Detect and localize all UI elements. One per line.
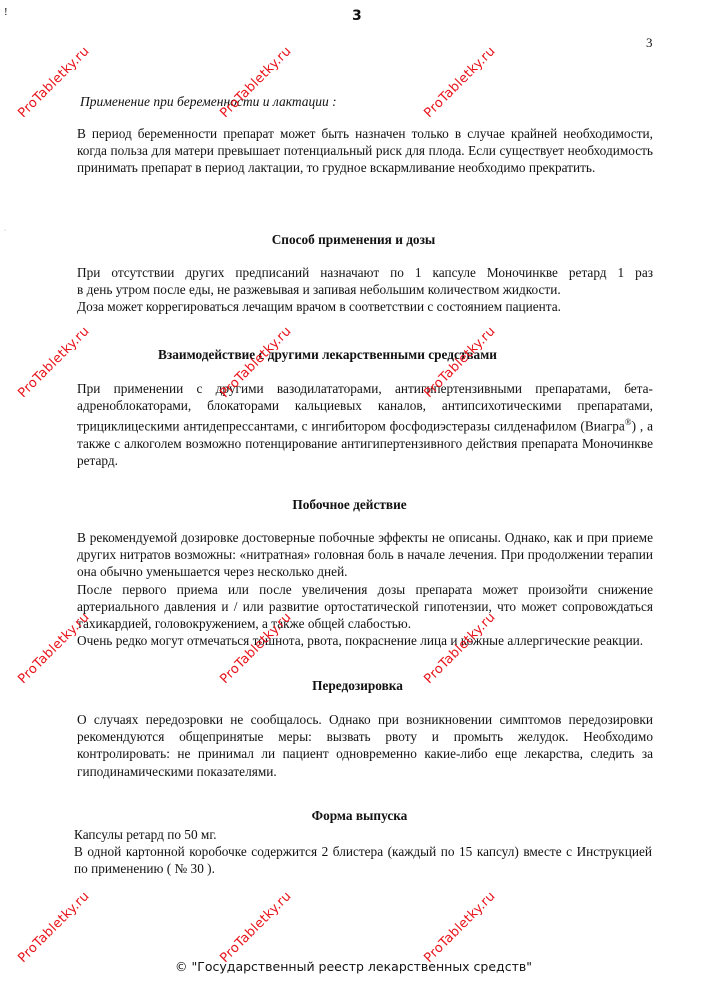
form-line-2: В одной картонной коробочке содержится 2… [74,843,652,877]
interactions-text-part1: При применении с другими вазодилататорам… [77,381,653,434]
side-effects-paragraph-3: Очень редко могут отмечаться тошнота, рв… [77,632,653,649]
interactions-heading: Взаимодействие с другими лекарственными … [0,347,681,363]
watermark: ProTabletky.ru [421,889,498,966]
pregnancy-text: В период беременности препарат может быт… [77,125,653,177]
pregnancy-heading: Применение при беременности и лактации : [80,94,337,110]
form-line-1: Капсулы ретард по 50 мг. [74,826,652,843]
page-number-small: 3 [646,35,653,51]
dosage-line-3: Доза может коррегироваться лечащим врачо… [77,298,653,315]
dosage-text: При отсутствии других предписаний назнач… [77,264,653,316]
registered-mark: ® [625,417,632,427]
watermark: ProTabletky.ru [421,44,498,121]
side-effects-paragraph-1: В рекомендуемой дозировке достоверные по… [77,529,653,581]
page-number-large: 3 [352,8,362,24]
corner-mark: ! [4,6,8,18]
overdose-text: О случаях передозровки не сообщалось. Од… [77,711,653,780]
side-effects-heading: Побочное действие [0,497,703,513]
dosage-line-1: При отсутствии других предписаний назнач… [77,264,653,281]
overdose-heading: Передозировка [4,678,707,694]
dosage-line-2: в день утром после еды, не разжевывая и … [77,281,653,298]
watermark: ProTabletky.ru [217,889,294,966]
form-text: Капсулы ретард по 50 мг. В одной картонн… [74,826,652,878]
interactions-text: При применении с другими вазодилататорам… [77,380,653,469]
form-heading: Форма выпуска [6,808,707,824]
side-effects-text: В рекомендуемой дозировке достоверные по… [77,529,653,649]
dosage-heading: Способ применения и дозы [0,232,707,248]
watermark: ProTabletky.ru [15,889,92,966]
copyright-footer: © "Государственный реестр лекарственных … [0,959,707,974]
side-effects-paragraph-2: После первого приема или после увеличени… [77,581,653,633]
